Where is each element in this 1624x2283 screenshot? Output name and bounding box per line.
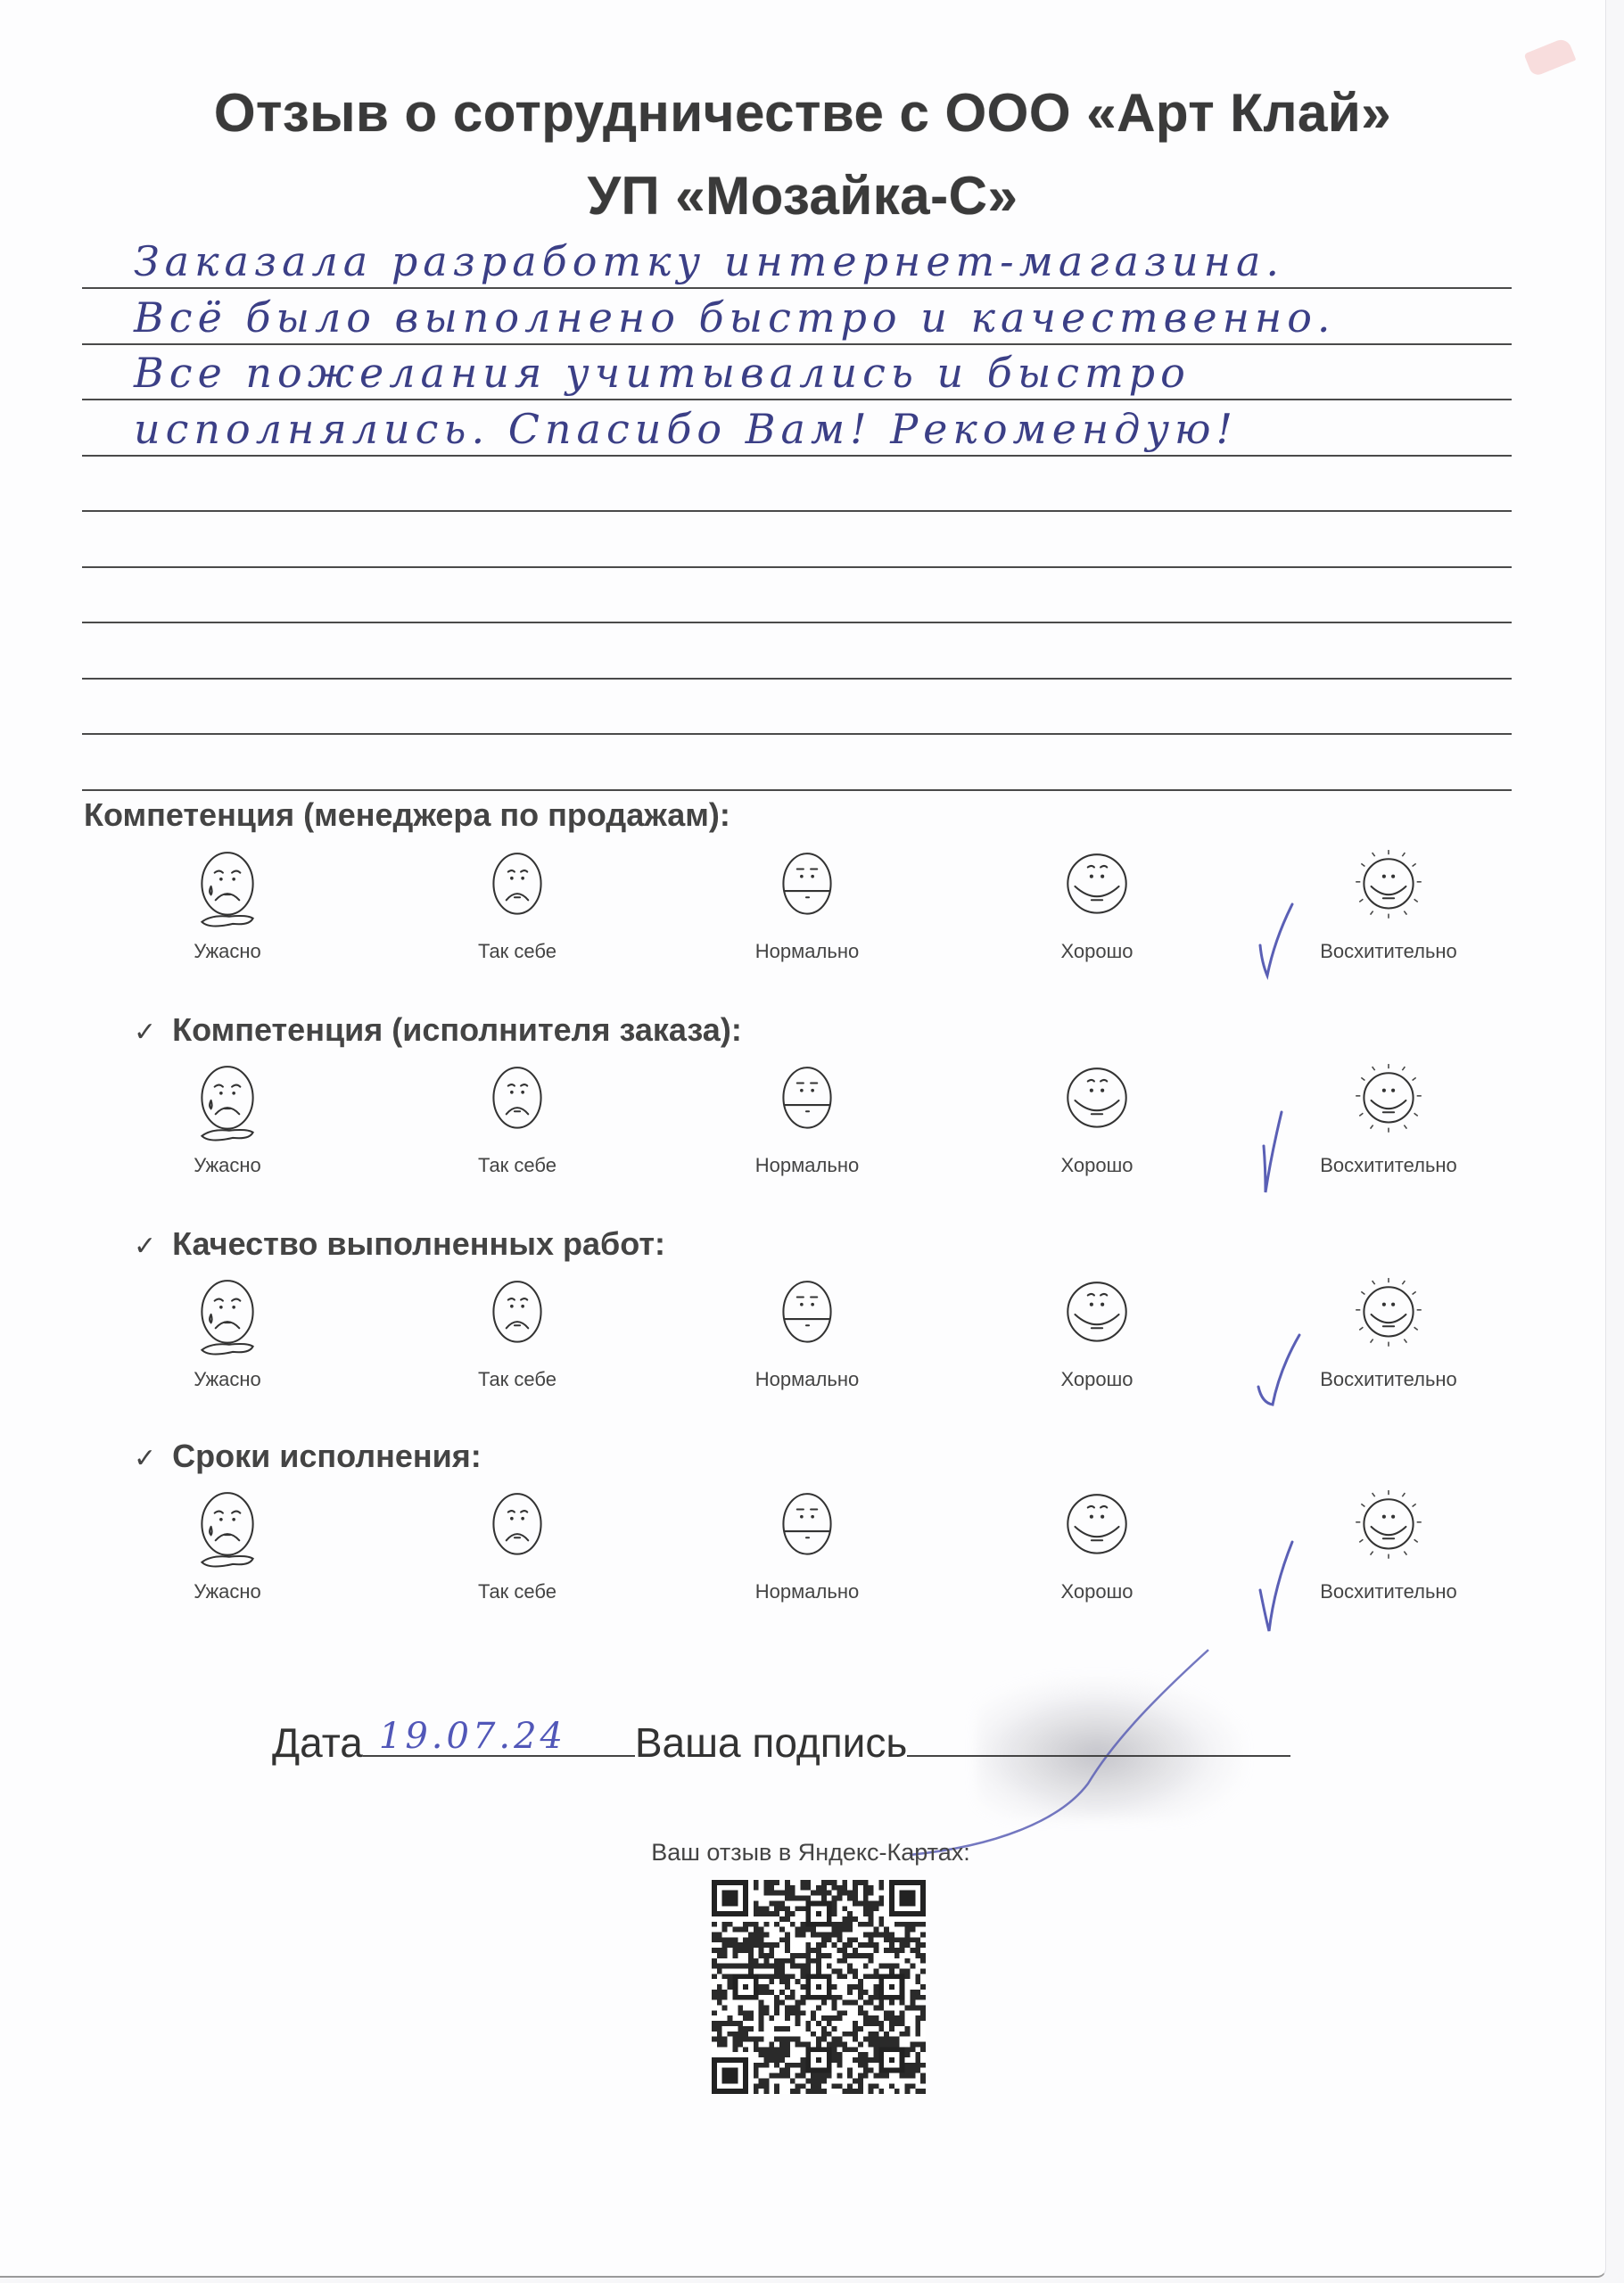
rating-option-label: Ужасно (120, 1580, 334, 1603)
pen-checkmark-icon (1255, 896, 1308, 1008)
rating-option-label: Так себе (410, 940, 624, 963)
rating-option-2[interactable]: Так себе (410, 847, 624, 963)
crying-face-icon (120, 1488, 334, 1570)
question-heading: ✓Компетенция (исполнителя заказа): (134, 1011, 742, 1049)
rating-option-label: Так себе (410, 1580, 624, 1603)
neutral-face-icon (700, 847, 914, 929)
rating-option-label: Ужасно (120, 1368, 334, 1391)
sunny-face-icon (1282, 847, 1496, 929)
sunny-face-icon (1282, 1275, 1496, 1357)
question-label: Компетенция (менеджера по продажам): (84, 796, 730, 833)
rating-option-5[interactable]: Восхитительно (1282, 1488, 1496, 1603)
rating-option-label: Восхитительно (1282, 1368, 1496, 1391)
rating-option-2[interactable]: Так себе (410, 1275, 624, 1391)
form-title: Отзыв о сотрудничестве с ООО «Арт Клай» (0, 82, 1605, 144)
rating-option-label: Ужасно (120, 1154, 334, 1177)
handwritten-review-line: Всё было выполнено быстро и качественно. (134, 293, 1489, 342)
date-field[interactable]: 19.07.24 (363, 1714, 635, 1757)
rating-option-label: Нормально (700, 1368, 914, 1391)
pink-marker-smudge (1524, 37, 1577, 77)
review-line-rule (82, 678, 1512, 680)
handwritten-review-line: Заказала разработку интернет-магазина. (134, 237, 1489, 285)
review-line-rule (82, 789, 1512, 791)
review-line-rule (82, 566, 1512, 568)
review-line-rule (82, 622, 1512, 623)
sunny-face-icon (1282, 1061, 1496, 1143)
rating-option-3[interactable]: Нормально (700, 1061, 914, 1177)
rating-option-2[interactable]: Так себе (410, 1061, 624, 1177)
handwritten-review-line: Все пожелания учитывались и быстро (134, 349, 1489, 397)
signature-field[interactable] (907, 1714, 1290, 1757)
rating-option-label: Восхитительно (1282, 1580, 1496, 1603)
question-heading: ✓Сроки исполнения: (134, 1438, 482, 1475)
review-line-rule (82, 455, 1512, 457)
rating-option-2[interactable]: Так себе (410, 1488, 624, 1603)
rating-option-label: Нормально (700, 940, 914, 963)
crying-face-icon (120, 1061, 334, 1143)
rating-option-1[interactable]: Ужасно (120, 847, 334, 963)
rating-option-5[interactable]: Восхитительно (1282, 1061, 1496, 1177)
review-line-rule (82, 287, 1512, 289)
date-value: 19.07.24 (379, 1716, 566, 1757)
rating-option-4[interactable]: Хорошо (990, 1488, 1204, 1603)
rating-option-label: Так себе (410, 1368, 624, 1391)
question-label: Компетенция (исполнителя заказа): (172, 1011, 742, 1048)
rating-option-3[interactable]: Нормально (700, 1488, 914, 1603)
pen-checkmark-icon (1255, 1324, 1308, 1436)
rating-option-4[interactable]: Хорошо (990, 1275, 1204, 1391)
pen-checkmark-icon (1255, 1537, 1308, 1648)
rating-option-label: Хорошо (990, 1154, 1204, 1177)
feedback-form-page: Отзыв о сотрудничестве с ООО «Арт Клай» … (0, 0, 1606, 2278)
question-label: Сроки исполнения: (172, 1438, 482, 1474)
smiling-face-icon (990, 1061, 1204, 1143)
rating-option-5[interactable]: Восхитительно (1282, 1275, 1496, 1391)
rating-option-label: Хорошо (990, 1580, 1204, 1603)
sad-face-icon (410, 1061, 624, 1143)
rating-option-3[interactable]: Нормально (700, 1275, 914, 1391)
rating-option-label: Нормально (700, 1580, 914, 1603)
crying-face-icon (120, 1275, 334, 1357)
form-subtitle: УП «Мозайка-С» (0, 165, 1605, 227)
rating-option-1[interactable]: Ужасно (120, 1488, 334, 1603)
date-signature-row: Дата19.07.24Ваша подпись (272, 1714, 1290, 1767)
question-label: Качество выполненных работ: (172, 1225, 665, 1262)
neutral-face-icon (700, 1061, 914, 1143)
sad-face-icon (410, 1488, 624, 1570)
neutral-face-icon (700, 1275, 914, 1357)
review-line-rule (82, 733, 1512, 735)
smiling-face-icon (990, 1275, 1204, 1357)
handwritten-review-line: исполнялись. Спасибо Вам! Рекомендую! (134, 405, 1489, 453)
rating-option-1[interactable]: Ужасно (120, 1061, 334, 1177)
crying-face-icon (120, 847, 334, 929)
question-heading: Компетенция (менеджера по продажам): (84, 796, 730, 834)
yandex-maps-qr-code[interactable] (712, 1880, 926, 2094)
sad-face-icon (410, 847, 624, 929)
review-line-rule (82, 399, 1512, 400)
pen-checkmark-icon (1255, 1110, 1308, 1222)
rating-option-label: Так себе (410, 1154, 624, 1177)
rating-option-3[interactable]: Нормально (700, 847, 914, 963)
question-heading: ✓Качество выполненных работ: (134, 1225, 665, 1263)
rating-option-label: Нормально (700, 1154, 914, 1177)
review-line-rule (82, 343, 1512, 345)
neutral-face-icon (700, 1488, 914, 1570)
sad-face-icon (410, 1275, 624, 1357)
qr-caption: Ваш отзыв в Яндекс-Картах: (0, 1839, 1621, 1867)
signature-label: Ваша подпись (635, 1719, 907, 1766)
checkmark-icon: ✓ (134, 1018, 156, 1047)
rating-option-label: Восхитительно (1282, 940, 1496, 963)
checkmark-icon: ✓ (134, 1232, 156, 1261)
rating-option-label: Хорошо (990, 1368, 1204, 1391)
rating-option-label: Ужасно (120, 940, 334, 963)
rating-option-label: Хорошо (990, 940, 1204, 963)
sunny-face-icon (1282, 1488, 1496, 1570)
checkmark-icon: ✓ (134, 1444, 156, 1473)
rating-option-label: Восхитительно (1282, 1154, 1496, 1177)
rating-option-1[interactable]: Ужасно (120, 1275, 334, 1391)
review-line-rule (82, 510, 1512, 512)
date-label: Дата (272, 1719, 363, 1766)
rating-option-5[interactable]: Восхитительно (1282, 847, 1496, 963)
rating-option-4[interactable]: Хорошо (990, 1061, 1204, 1177)
smiling-face-icon (990, 1488, 1204, 1570)
smiling-face-icon (990, 847, 1204, 929)
rating-option-4[interactable]: Хорошо (990, 847, 1204, 963)
